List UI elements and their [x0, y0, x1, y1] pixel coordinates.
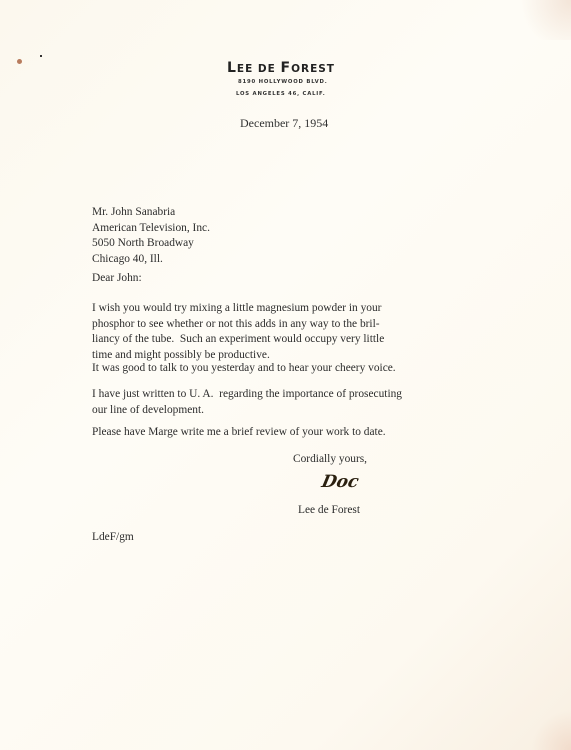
- body-line: liancy of the tube. Such an experiment w…: [92, 332, 384, 348]
- recipient-line: 5050 North Broadway: [92, 236, 210, 252]
- body-paragraph-4: Please have Marge write me a brief revie…: [92, 425, 386, 441]
- paper-stain-bottom-right: [531, 710, 571, 750]
- body-line: I have just written to U. A. regarding t…: [92, 387, 402, 403]
- recipient-line: American Television, Inc.: [92, 221, 210, 237]
- letterhead-address-line2: LOS ANGELES 46, CALIF.: [236, 91, 356, 97]
- paper-stain-top-right: [511, 0, 571, 40]
- body-paragraph-2: It was good to talk to you yesterday and…: [92, 361, 396, 377]
- letterhead-name-part: EE: [237, 63, 253, 75]
- reference-initials: LdeF/gm: [92, 530, 134, 546]
- recipient-address: Mr. John SanabriaAmerican Television, In…: [92, 205, 210, 268]
- body-paragraph-3: I have just written to U. A. regarding t…: [92, 387, 402, 418]
- signer-name: Lee de Forest: [298, 503, 360, 519]
- recipient-line: Mr. John Sanabria: [92, 205, 210, 221]
- closing: Cordially yours,: [293, 452, 367, 468]
- letterhead-name-initial: L: [227, 60, 237, 76]
- paper-speck: [40, 55, 42, 57]
- body-line: I wish you would try mixing a little mag…: [92, 301, 384, 317]
- letterhead-name-part: DE: [253, 63, 280, 75]
- letter-date: December 7, 1954: [240, 116, 328, 131]
- letterhead-name: LEE DE FOREST: [227, 60, 357, 76]
- letterhead-address-line1: 8190 HOLLYWOOD BLVD.: [238, 79, 358, 85]
- recipient-line: Chicago 40, Ill.: [92, 252, 210, 268]
- handwritten-signature: Doc: [320, 472, 361, 492]
- body-paragraph-1: I wish you would try mixing a little mag…: [92, 301, 384, 364]
- letterhead-name-part: OREST: [291, 63, 335, 75]
- letterhead-name-initial: F: [280, 60, 291, 76]
- body-line: phosphor to see whether or not this adds…: [92, 317, 384, 333]
- paper-spot: [17, 59, 22, 64]
- body-line: our line of development.: [92, 403, 402, 419]
- salutation: Dear John:: [92, 271, 142, 287]
